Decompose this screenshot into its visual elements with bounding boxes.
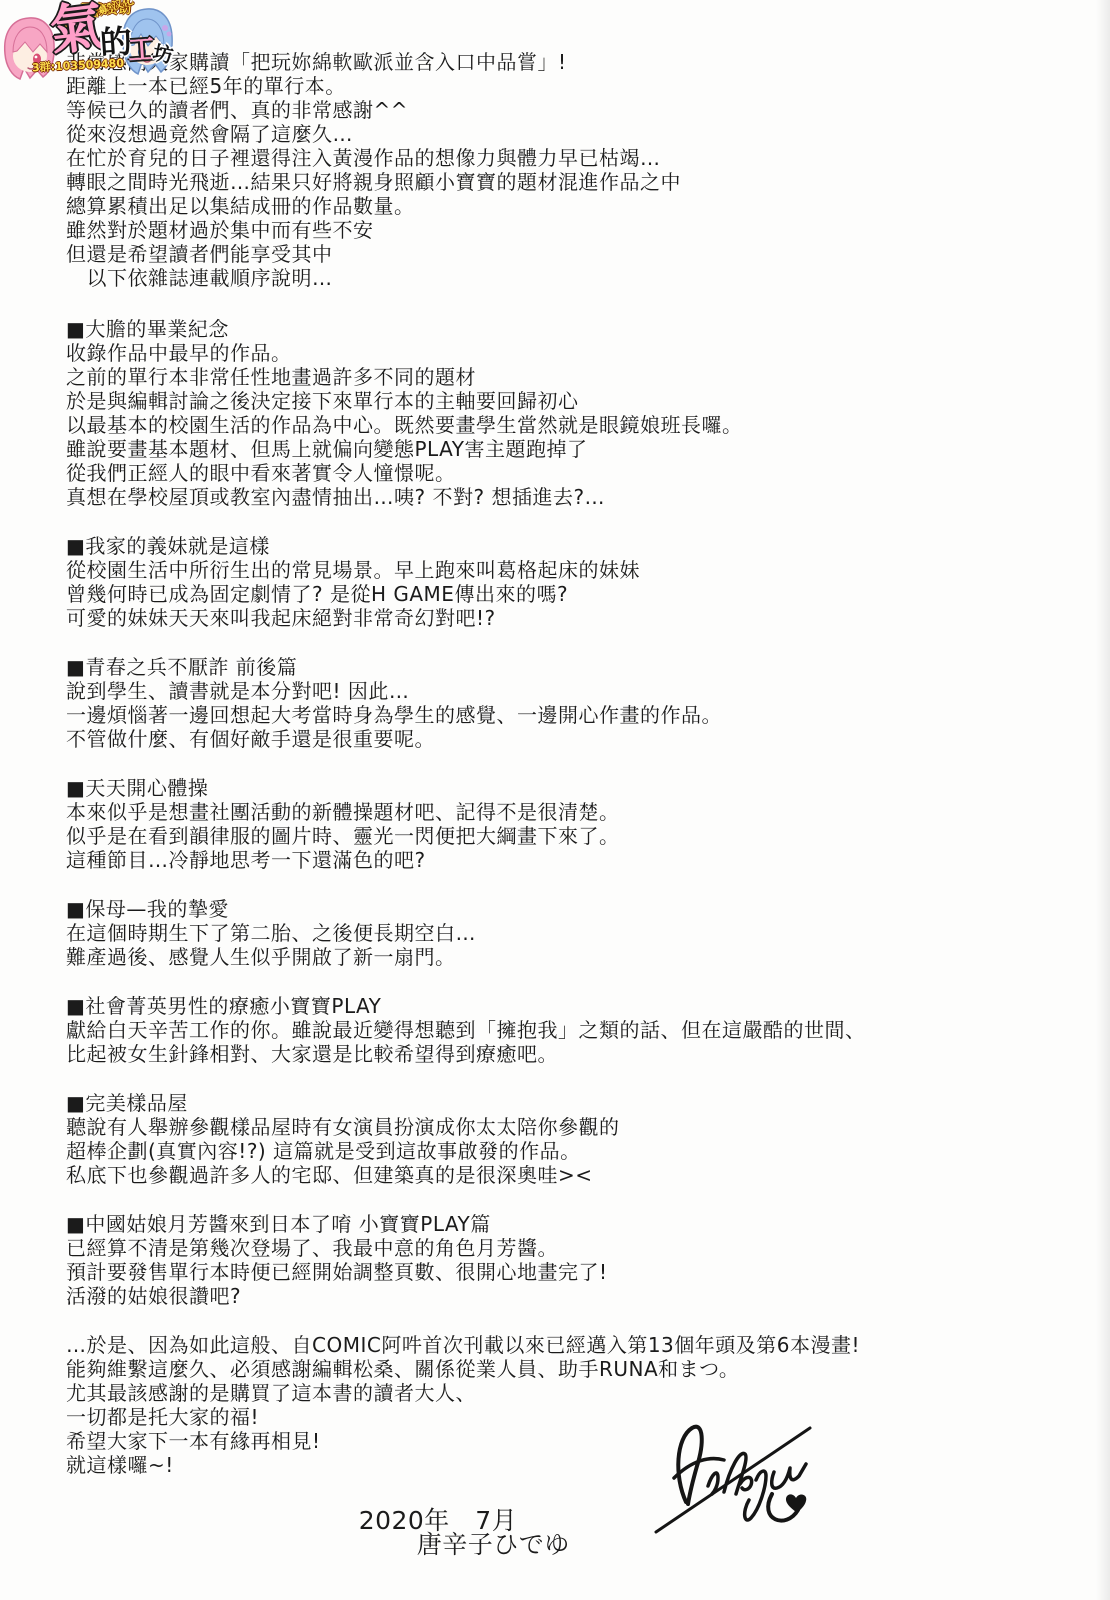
section-title: ■我家的義妹就是這樣: [66, 534, 1076, 558]
text-line: 能夠維繫這麼久、必須感謝編輯松桑、關係從業人員、助手RUNA和まつ。: [66, 1357, 1076, 1381]
text-line: 雖說要畫基本題材、但馬上就偏向變態PLAY害主題跑掉了: [66, 437, 1076, 461]
text-line: 之前的單行本非常任性地畫過許多不同的題材: [66, 365, 1076, 389]
text-line: 真想在學校屋頂或教室內盡情抽出…咦? 不對? 想插進去?…: [66, 485, 1076, 509]
scan-edge-shadow: [1096, 0, 1110, 1600]
section-youth-soldiers: ■青春之兵不厭詐 前後篇 說到學生、讀書就是本分對吧! 因此… 一邊煩惱著一邊回…: [66, 655, 1076, 751]
text-line: 可愛的妹妹天天來叫我起床絕對非常奇幻對吧!?: [66, 606, 1076, 630]
text-line: 似乎是在看到韻律服的圖片時、靈光一閃便把大綱畫下來了。: [66, 824, 1076, 848]
text-line: 從校園生活中所衍生出的常見場景。早上跑來叫葛格起床的妹妹: [66, 558, 1076, 582]
text-line: 預計要發售單行本時便已經開始調整頁數、很開心地畫完了!: [66, 1260, 1076, 1284]
text-line: 私底下也參觀過許多人的宅邸、但建築真的是很深奧哇><: [66, 1163, 1076, 1187]
text-line: 收錄作品中最早的作品。: [66, 341, 1076, 365]
text-line: 以最基本的校園生活的作品為中心。既然要畫學生當然就是眼鏡娘班長囉。: [66, 413, 1076, 437]
text-line: 就這樣囉~!: [66, 1453, 1076, 1477]
text-line: 比起被女生針鋒相對、大家還是比較希望得到療癒吧。: [66, 1042, 1076, 1066]
text-line: 一邊煩惱著一邊回想起大考當時身為學生的感覺、一邊開心作畫的作品。: [66, 703, 1076, 727]
text-line: 但還是希望讀者們能享受其中: [66, 242, 1076, 266]
text-line: 已經算不清是第幾次登場了、我最中意的角色月芳醬。: [66, 1236, 1076, 1260]
hideyu-signature: [652, 1398, 820, 1536]
text-line: 獻給白天辛苦工作的你。雖說最近變得想聽到「擁抱我」之類的話、但在這嚴酷的世間、: [66, 1018, 1076, 1042]
text-line: 一切都是托大家的福!: [66, 1405, 1076, 1429]
text-line: 曾幾何時已成為固定劇情了? 是從H GAME傳出來的嗎?: [66, 582, 1076, 606]
author-name: 唐辛子ひでゆ: [417, 1530, 570, 1559]
text-line: 距離上一本已經5年的單行本。: [66, 74, 1076, 98]
section-chinese-girl: ■中國姑娘月芳醬來到日本了唷 小寶寶PLAY篇 已經算不清是第幾次登場了、我最中…: [66, 1212, 1076, 1308]
section-title: ■完美樣品屋: [66, 1091, 1076, 1115]
section-title: ■保母—我的摯愛: [66, 897, 1076, 921]
text-line: 從來沒想過竟然會隔了這麼久…: [66, 122, 1076, 146]
section-graduation-memorial: ■大膽的畢業紀念 收錄作品中最早的作品。 之前的單行本非常任性地畫過許多不同的題…: [66, 317, 1076, 509]
section-little-sister: ■我家的義妹就是這樣 從校園生活中所衍生出的常見場景。早上跑來叫葛格起床的妹妹 …: [66, 534, 1076, 630]
afterword-text: 非常感謝大家購讀「把玩妳綿軟歐派並含入口中品嘗」! 距離上一本已經5年的單行本。…: [66, 50, 1076, 1581]
watermark-tag-bottom: 3群:103509480: [32, 55, 125, 76]
watermark-title-char1: 氣: [47, 0, 107, 59]
section-title: ■青春之兵不厭詐 前後篇: [66, 655, 1076, 679]
date-author-line: 2020年 7月 唐辛子ひでゆ: [66, 1485, 1076, 1581]
text-line: 雖然對於題材過於集中而有些不安: [66, 218, 1076, 242]
text-line: 聽說有人舉辦參觀樣品屋時有女演員扮演成你太太陪你參觀的: [66, 1115, 1076, 1139]
section-title: ■社會菁英男性的療癒小寶寶PLAY: [66, 994, 1076, 1018]
heart-icon: [786, 1494, 806, 1513]
afterword-page: 寻求赞助 接稿·招募·汉化 氣 的 工 坊 3群:103509480 非常感謝大…: [0, 0, 1110, 1600]
section-model-house: ■完美樣品屋 聽說有人舉辦參觀樣品屋時有女演員扮演成你太太陪你參觀的 超棒企劃(…: [66, 1091, 1076, 1187]
text-line: 等候已久的讀者們、真的非常感謝^^: [66, 98, 1076, 122]
text-line: 從我們正經人的眼中看來著實令人憧憬呢。: [66, 461, 1076, 485]
section-title: ■天天開心體操: [66, 776, 1076, 800]
text-line: 難產過後、感覺人生似乎開啟了新一扇門。: [66, 945, 1076, 969]
text-line: 總算累積出足以集結成冊的作品數量。: [66, 194, 1076, 218]
section-title: ■中國姑娘月芳醬來到日本了唷 小寶寶PLAY篇: [66, 1212, 1076, 1236]
watermark-title-char4: 坊: [151, 42, 175, 66]
text-line: 以下依雜誌連載順序說明…: [66, 266, 1076, 290]
intro-paragraph: 非常感謝大家購讀「把玩妳綿軟歐派並含入口中品嘗」! 距離上一本已經5年的單行本。…: [66, 50, 1076, 290]
text-line: 不管做什麼、有個好敵手還是很重要呢。: [66, 727, 1076, 751]
outro-paragraph: …於是、因為如此這般、自COMIC阿吽首次刊載以來已經邁入第13個年頭及第6本漫…: [66, 1333, 1076, 1477]
text-line: …於是、因為如此這般、自COMIC阿吽首次刊載以來已經邁入第13個年頭及第6本漫…: [66, 1333, 1076, 1357]
text-line: 非常感謝大家購讀「把玩妳綿軟歐派並含入口中品嘗」!: [66, 50, 1076, 74]
text-line: 於是與編輯討論之後決定接下來單行本的主軸要回歸初心: [66, 389, 1076, 413]
text-line: 超棒企劃(真實內容!?) 這篇就是受到這故事啟發的作品。: [66, 1139, 1076, 1163]
text-line: 說到學生、讀書就是本分對吧! 因此…: [66, 679, 1076, 703]
section-elite-baby-play: ■社會菁英男性的療癒小寶寶PLAY 獻給白天辛苦工作的你。雖說最近變得想聽到「擁…: [66, 994, 1076, 1066]
section-title: ■大膽的畢業紀念: [66, 317, 1076, 341]
text-line: 這種節目…冷靜地思考一下還滿色的吧?: [66, 848, 1076, 872]
text-line: 在這個時期生下了第二胎、之後便長期空白…: [66, 921, 1076, 945]
section-gymnastics: ■天天開心體操 本來似乎是想畫社團活動的新體操題材吧、記得不是很清楚。 似乎是在…: [66, 776, 1076, 872]
text-line: 在忙於育兒的日子裡還得注入黃漫作品的想像力與體力早已枯竭…: [66, 146, 1076, 170]
text-line: 希望大家下一本有緣再相見!: [66, 1429, 1076, 1453]
scanlation-watermark: 寻求赞助 接稿·招募·汉化 氣 的 工 坊 3群:103509480: [0, 0, 185, 84]
text-line: 活潑的姑娘很讚吧?: [66, 1284, 1076, 1308]
text-line: 尤其最該感謝的是購買了這本書的讀者大人、: [66, 1381, 1076, 1405]
section-nanny: ■保母—我的摯愛 在這個時期生下了第二胎、之後便長期空白… 難產過後、感覺人生似…: [66, 897, 1076, 969]
text-line: 本來似乎是想畫社團活動的新體操題材吧、記得不是很清楚。: [66, 800, 1076, 824]
text-line: 轉眼之間時光飛逝…結果只好將親身照顧小寶寶的題材混進作品之中: [66, 170, 1076, 194]
